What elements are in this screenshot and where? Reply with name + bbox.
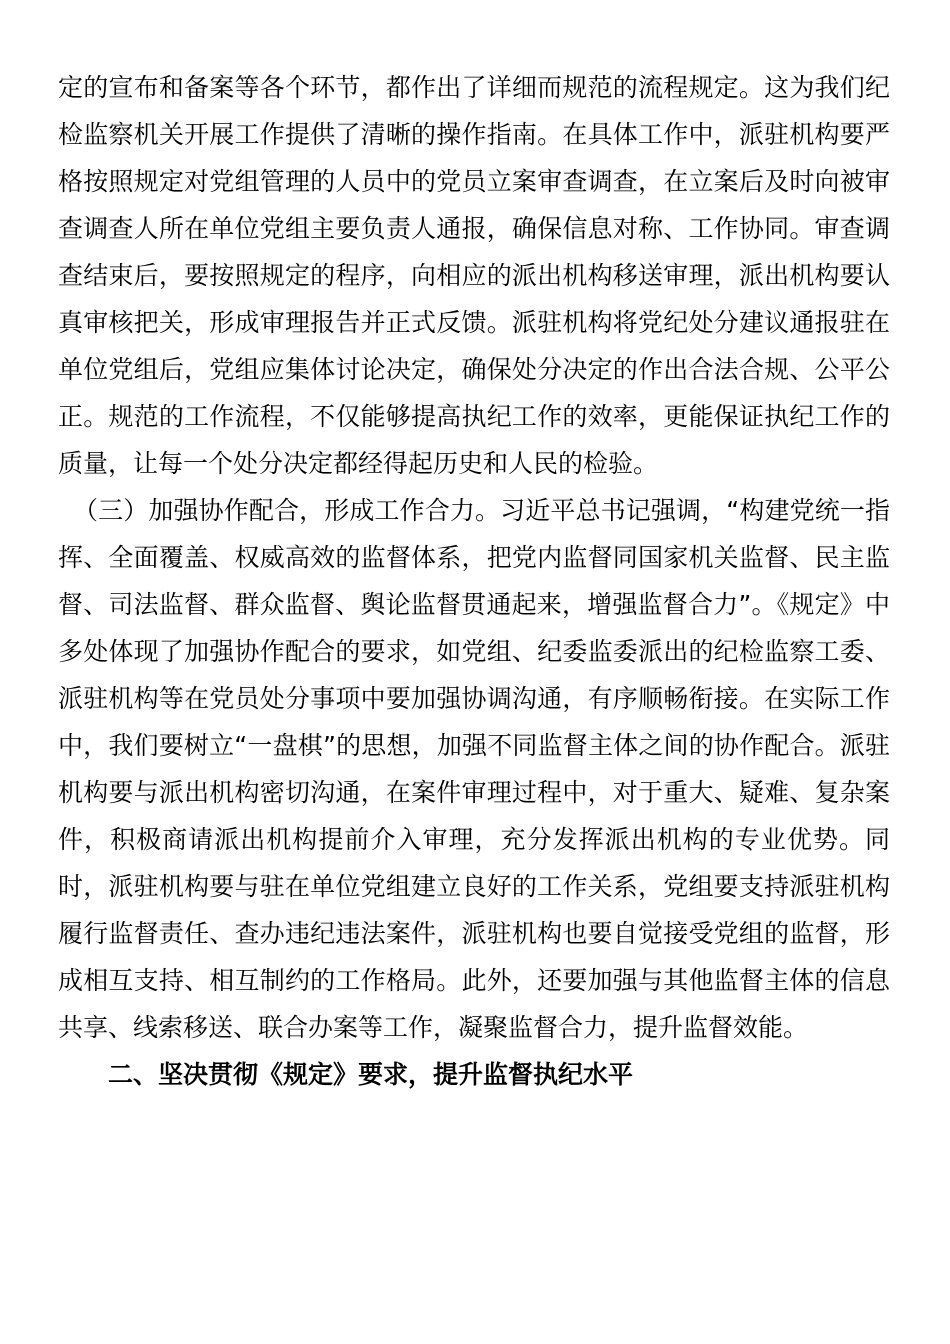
paragraph: （三）加强协作配合，形成工作合力。习近平总书记强调，“构建党统一指挥、全面覆盖、… (58, 487, 890, 1051)
section-heading: 二、坚决贯彻《规定》要求，提升监督执纪水平 (58, 1051, 890, 1098)
document-body: 定的宣布和备案等各个环节，都作出了详细而规范的流程规定。这为我们纪检监察机关开展… (58, 64, 890, 1098)
paragraph: 定的宣布和备案等各个环节，都作出了详细而规范的流程规定。这为我们纪检监察机关开展… (58, 64, 890, 487)
document-page: 定的宣布和备案等各个环节，都作出了详细而规范的流程规定。这为我们纪检监察机关开展… (0, 0, 950, 1344)
